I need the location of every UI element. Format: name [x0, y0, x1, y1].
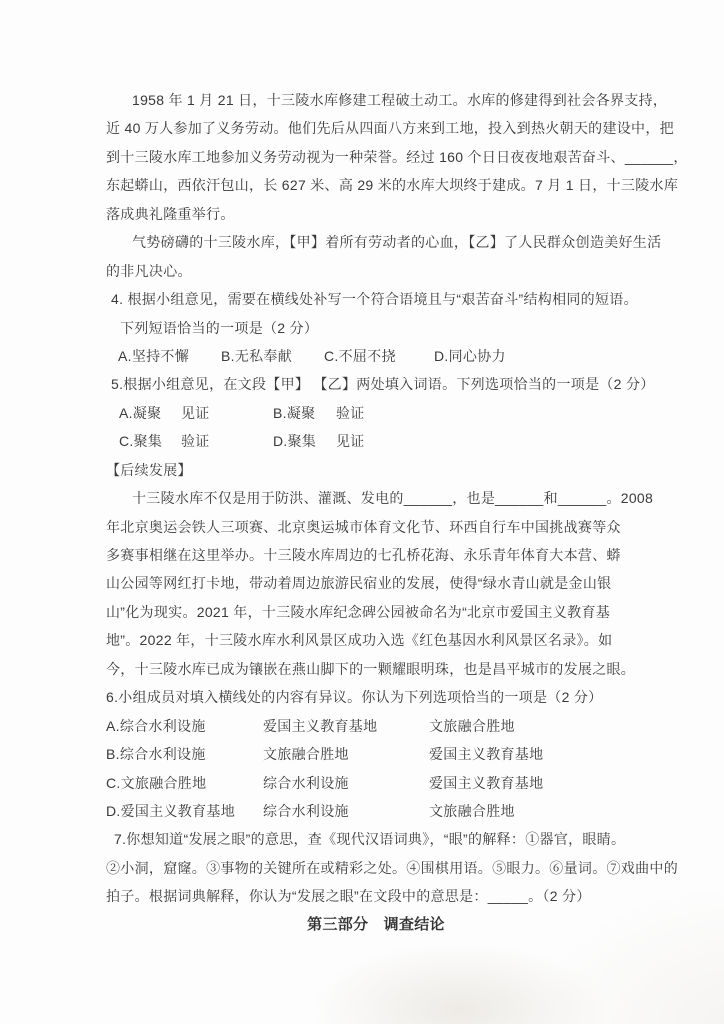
question6-option-row-d: D.爱国主义教育基地 综合水利设施 文旅融合胜地 [106, 797, 646, 825]
question4-option-a: A.坚持不懈 [118, 342, 189, 370]
passage-construction-line: 1958 年 1 月 21 日，十三陵水库修建工程破土动工。水库的修建得到社会各… [106, 86, 646, 114]
question7-line: 7.你想知道“发展之眼”的意思，查《现代汉语词典》，“眼”的解释：①器官，眼睛。 [106, 825, 646, 853]
passage-development-line: 多赛事相继在这里举办。十三陵水库周边的七孔桥花海、永乐青年体育大本营、蟒 [106, 541, 646, 569]
question6-option-d-col2: 综合水利设施 [263, 797, 349, 825]
question6-option-a-col3: 文旅融合胜地 [429, 712, 515, 740]
question6-option-c-col1: C.文旅融合胜地 [106, 769, 206, 797]
part-three-heading: 第三部分 调查结论 [106, 911, 646, 939]
question6-option-d-col1: D.爱国主义教育基地 [106, 797, 235, 825]
question6-option-b-col2: 文旅融合胜地 [263, 740, 349, 768]
question6-option-c-col2: 综合水利设施 [263, 769, 349, 797]
passage-construction-line: 近 40 万人参加了义务劳动。他们先后从四面八方来到工地，投入到热火朝天的建设中… [106, 114, 646, 142]
question5-option-c: C.聚集 [119, 427, 162, 455]
question6-option-row-c: C.文旅融合胜地 综合水利设施 爱国主义教育基地 [106, 769, 646, 797]
question4-option-d: D.同心协力 [434, 342, 506, 370]
passage-development-line: 十三陵水库不仅是用于防洪、灌溉、发电的______，也是______和_____… [106, 484, 646, 512]
question5-stem: 5.根据小组意见，在文段【甲】 【乙】两处填入词语。下列选项恰当的一项是（2 分… [106, 370, 646, 398]
passage-construction-line: 到十三陵水库工地参加义务劳动视为一种荣誉。经过 160 个日日夜夜地艰苦奋斗、_… [106, 143, 646, 171]
passage-development-line: 今，十三陵水库已成为镶嵌在燕山脚下的一颗耀眼明珠，也是昌平城市的发展之眼。 [106, 655, 646, 683]
question5-options-row-2: C.聚集 验证 D.聚集 见证 [106, 427, 646, 455]
question7-line: ②小洞，窟窿。③事物的关键所在或精彩之处。④围棋用语。⑤眼力。⑥量词。⑦戏曲中的 [106, 854, 646, 882]
passage-development-line: 年北京奥运会铁人三项赛、北京奥运城市体育文化节、环西自行车中国挑战赛等众 [106, 513, 646, 541]
question4-option-c: C.不屈不挠 [324, 342, 396, 370]
question5-option-d-word2: 见证 [336, 427, 365, 455]
passage-construction-line: 落成典礼隆重举行。 [106, 200, 646, 228]
question4-option-b: B.无私奉献 [221, 342, 292, 370]
question5-option-b-word2: 验证 [336, 399, 365, 427]
passage-construction-line: 东起蟒山，西依汗包山，长 627 米、高 29 米的水库大坝终于建成。7 月 1… [106, 171, 646, 199]
question6-option-a-col2: 爱国主义教育基地 [263, 712, 377, 740]
question5-option-d: D.聚集 [273, 427, 316, 455]
question5-option-a-word2: 见证 [181, 399, 210, 427]
question5-option-c-word2: 验证 [181, 427, 210, 455]
passage-spirit-line: 的非凡决心。 [106, 257, 646, 285]
question6-option-row-b: B.综合水利设施 文旅融合胜地 爱国主义教育基地 [106, 740, 646, 768]
question6-option-row-a: A.综合水利设施 爱国主义教育基地 文旅融合胜地 [106, 712, 646, 740]
page-content: 1958 年 1 月 21 日，十三陵水库修建工程破土动工。水库的修建得到社会各… [106, 86, 646, 939]
passage-development-line: 地”。2022 年，十三陵水库水利风景区成功入选《红色基因水利风景区名录》。如 [106, 626, 646, 654]
question5-option-b: B.凝聚 [273, 399, 315, 427]
passage-development-line: 山公园等网红打卡地，带动着周边旅游民宿业的发展，使得“绿水青山就是金山银 [106, 569, 646, 597]
question6-option-d-col3: 文旅融合胜地 [429, 797, 515, 825]
question5-option-a: A.凝聚 [119, 399, 161, 427]
question6-option-b-col1: B.综合水利设施 [106, 740, 206, 768]
question4-options-row: A.坚持不懈 B.无私奉献 C.不屈不挠 D.同心协力 [106, 342, 646, 370]
question7-line: 拍子。根据词典解释，你认为“发展之眼”在文段中的意思是：_____。（2 分） [106, 882, 646, 910]
question4-stem: 下列短语恰当的一项是（2 分） [106, 314, 646, 342]
question6-stem: 6.小组成员对填入横线处的内容有异议。你认为下列选项恰当的一项是（2 分） [106, 683, 646, 711]
document-page: 1958 年 1 月 21 日，十三陵水库修建工程破土动工。水库的修建得到社会各… [0, 0, 724, 1024]
question6-option-b-col3: 爱国主义教育基地 [429, 740, 543, 768]
passage-development-line: 山”化为现实。2021 年，十三陵水库纪念碑公园被命名为“北京市爱国主义教育基 [106, 598, 646, 626]
question4-stem: 4. 根据小组意见，需要在横线处补写一个符合语境且与“艰苦奋斗”结构相同的短语。 [106, 285, 646, 313]
question6-option-c-col3: 爱国主义教育基地 [429, 769, 543, 797]
section-label-later-development: 【后续发展】 [106, 456, 646, 484]
question6-option-a-col1: A.综合水利设施 [106, 712, 206, 740]
passage-spirit-line: 气势磅礴的十三陵水库，【甲】着所有劳动者的心血，【乙】了人民群众创造美好生活 [106, 228, 646, 256]
question5-options-row-1: A.凝聚 见证 B.凝聚 验证 [106, 399, 646, 427]
